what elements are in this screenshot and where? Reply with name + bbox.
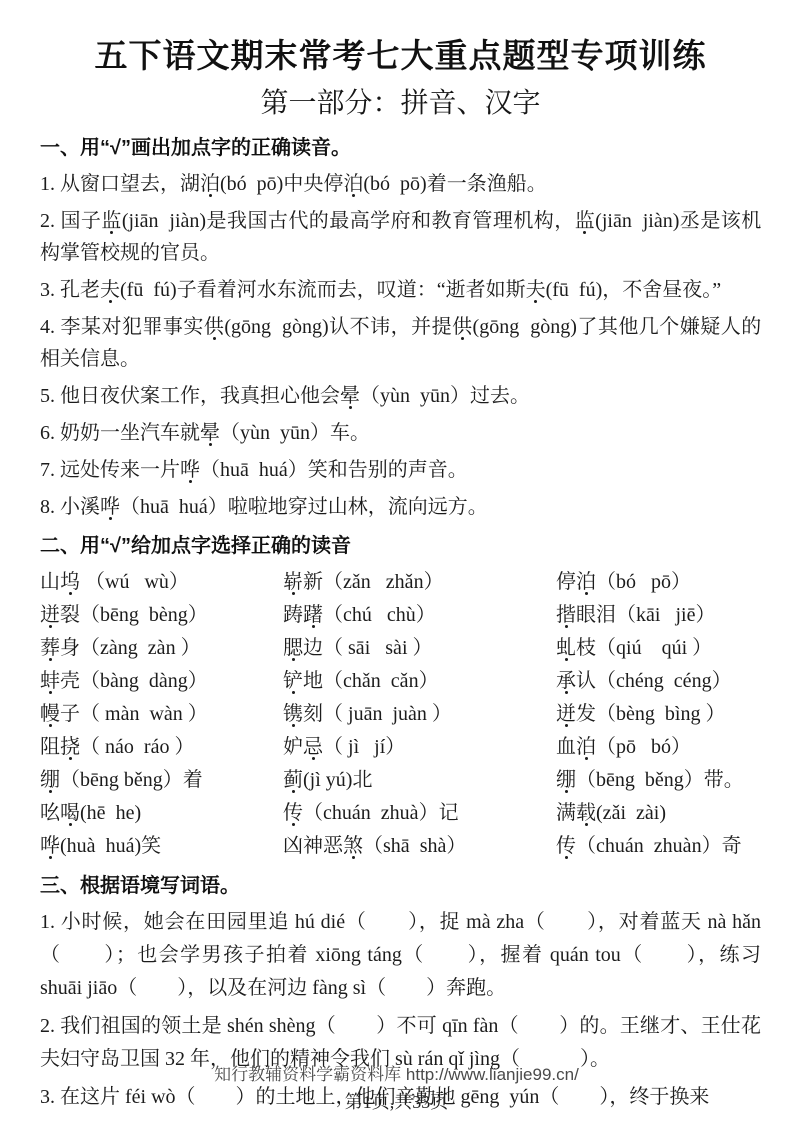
word-choice-item: 凶神恶煞（shā shà） bbox=[283, 830, 556, 863]
word-choice-item: 血泊（pō bó） bbox=[556, 731, 761, 764]
word-choice-item: 停泊（bó pō） bbox=[556, 566, 761, 599]
question-item-6: 6. 奶奶一坐汽车就晕（yùn yūn）车。 bbox=[40, 417, 761, 449]
word-choice-item: 踌躇（chú chù） bbox=[283, 599, 556, 632]
word-choice-item: 蚌壳（bàng dàng） bbox=[40, 665, 283, 698]
word-choice-grid: 山坞 （wú wù） 崭新（zǎn zhǎn） 停泊（bó pō） 迸裂（bēn… bbox=[40, 566, 761, 863]
worksheet-page: 五下语文期末常考七大重点题型专项训练 第一部分：拼音、汉字 一、用“√”画出加点… bbox=[0, 0, 793, 1122]
word-choice-item: 绷（bēng běng）着 bbox=[40, 764, 283, 797]
word-choice-item: 镌刻（ juān juàn ） bbox=[283, 698, 556, 731]
watermark-link: 知行教辅资料学霸资料库 http://www.lianjie99.cn/ bbox=[0, 1060, 793, 1085]
word-choice-item: 幔子（ màn wàn ） bbox=[40, 698, 283, 731]
question-item-7: 7. 远处传来一片哗（huā huá）笑和告别的声音。 bbox=[40, 454, 761, 486]
page-footer: 知行教辅资料学霸资料库 http://www.lianjie99.cn/ 第1页… bbox=[0, 1060, 793, 1114]
section-pronunciation-mark: 一、用“√”画出加点字的正确读音。 1. 从窗口望去，湖泊(bó pō)中央停泊… bbox=[40, 131, 761, 523]
word-choice-item: 崭新（zǎn zhǎn） bbox=[283, 566, 556, 599]
word-choice-item: 迸发（bèng bìng ） bbox=[556, 698, 761, 731]
word-choice-item: 迸裂（bēng bèng） bbox=[40, 599, 283, 632]
word-choice-item: 铲地（chǎn cǎn） bbox=[283, 665, 556, 698]
word-choice-item: 传（chuán zhuàn）奇 bbox=[556, 830, 761, 863]
question-item-4: 4. 李某对犯罪事实供(gōng gòng)认不讳，并提供(gōng gòng)… bbox=[40, 311, 761, 375]
word-choice-item: 承认（chéng céng） bbox=[556, 665, 761, 698]
word-choice-item: 虬枝（qiú qúi ） bbox=[556, 632, 761, 665]
word-choice-item: 传（chuán zhuà）记 bbox=[283, 797, 556, 830]
word-choice-item: 葬身（zàng zàn ） bbox=[40, 632, 283, 665]
question-item-1: 1. 从窗口望去，湖泊(bó pō)中央停泊(bó pō)着一条渔船。 bbox=[40, 168, 761, 200]
page-subtitle: 第一部分：拼音、汉字 bbox=[40, 81, 761, 121]
section1-heading: 一、用“√”画出加点字的正确读音。 bbox=[40, 131, 761, 160]
page-title: 五下语文期末常考七大重点题型专项训练 bbox=[40, 30, 761, 77]
word-choice-item: 山坞 （wú wù） bbox=[40, 566, 283, 599]
page-number: 第1页,共33页 bbox=[0, 1088, 793, 1114]
context-item-1: 1. 小时候，她会在田园里追 hú dié（ ），捉 mà zha（ ），对着蓝… bbox=[40, 906, 761, 1005]
word-choice-item: 满载(zǎi zài) bbox=[556, 797, 761, 830]
word-choice-item: 阻挠（ náo ráo ） bbox=[40, 731, 283, 764]
word-choice-item: 哗(huà huá)笑 bbox=[40, 830, 283, 863]
word-choice-item: 绷（bēng běng）带。 bbox=[556, 764, 761, 797]
section-pronunciation-choice: 二、用“√”给加点字选择正确的读音 山坞 （wú wù） 崭新（zǎn zhǎn… bbox=[40, 529, 761, 863]
word-choice-item: 蓟(jì yú)北 bbox=[283, 764, 556, 797]
section2-heading: 二、用“√”给加点字选择正确的读音 bbox=[40, 529, 761, 558]
word-choice-item: 腮边（ sāi sài ） bbox=[283, 632, 556, 665]
word-choice-item: 揩眼泪（kāi jiē） bbox=[556, 599, 761, 632]
section3-heading: 三、根据语境写词语。 bbox=[40, 869, 761, 898]
question-item-8: 8. 小溪哗（huā huá）啦啦地穿过山林，流向远方。 bbox=[40, 491, 761, 523]
question-item-5: 5. 他日夜伏案工作，我真担心他会晕（yùn yūn）过去。 bbox=[40, 380, 761, 412]
word-choice-item: 吆喝(hē he) bbox=[40, 797, 283, 830]
word-choice-item: 妒忌（ jì jí） bbox=[283, 731, 556, 764]
question-item-3: 3. 孔老夫(fū fú)子看着河水东流而去，叹道：“逝者如斯夫(fū fú)，… bbox=[40, 274, 761, 306]
question-item-2: 2. 国子监(jiān jiàn)是我国古代的最高学府和教育管理机构，监(jiā… bbox=[40, 205, 761, 269]
